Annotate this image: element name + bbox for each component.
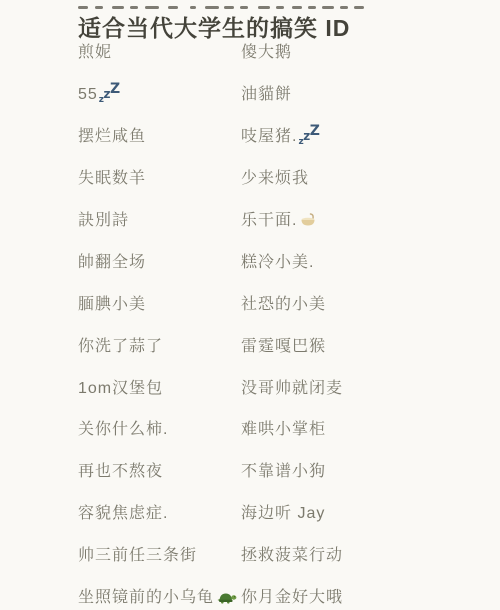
id-text: 失眠数羊 <box>78 170 146 187</box>
list-item: 坐照镜前的小乌龟 你月金好大哦 <box>78 575 500 610</box>
id-left-column-entry: 摆烂咸鱼 <box>78 123 241 146</box>
id-text: 你月金好大哦 <box>241 589 343 606</box>
id-text: 吱屋猪. <box>241 128 297 145</box>
id-right-column-entry: 拯救菠菜行动 <box>241 542 500 565</box>
cropped-text-remnant-dash <box>168 6 178 9</box>
id-right-column-entry: 乐干面. <box>241 207 500 230</box>
id-left-column-entry: 关你什么柿. <box>78 416 241 439</box>
id-right-column-entry: 糕冷小美. <box>241 249 500 272</box>
id-left-column-entry: 55zzZ <box>78 81 241 105</box>
list-item: 你洗了蒜了 雷霆嘎巴猴 <box>78 323 500 365</box>
id-left-column-entry: 你洗了蒜了 <box>78 333 241 356</box>
id-right-column-entry: 海边听 Jay <box>241 500 500 523</box>
id-right-column-entry: 社恐的小美 <box>241 291 500 314</box>
id-text: 糕冷小美. <box>241 254 314 271</box>
id-text: 腼腆小美 <box>78 296 146 313</box>
id-right-column-entry: 难哄小掌柜 <box>241 416 500 439</box>
id-text: 再也不熬夜 <box>78 463 163 480</box>
id-text: 难哄小掌柜 <box>241 421 326 438</box>
id-text: 煎妮 <box>78 44 112 61</box>
id-left-column-entry: 容貌焦虑症. <box>78 500 241 523</box>
id-text: 訣別詩 <box>78 212 129 229</box>
id-right-column-entry: 你月金好大哦 <box>241 584 500 607</box>
sleep-icon: zzZ <box>298 123 319 147</box>
list-item: 帅三前任三条街 拯救菠菜行动 <box>78 533 500 575</box>
cropped-text-remnant-dash <box>224 6 234 9</box>
id-right-column-entry: 油貓餅 <box>241 81 500 104</box>
list-item: 摆烂咸鱼 吱屋猪.zzZ <box>78 114 500 156</box>
cropped-text-remnant-dash <box>308 6 316 9</box>
cropped-text-remnant-dash <box>322 6 334 9</box>
cropped-text-remnant-dash <box>340 6 348 9</box>
id-text: 1om汉堡包 <box>78 380 163 397</box>
list-item: 失眠数羊 少来烦我 <box>78 156 500 198</box>
cropped-text-remnant-dash <box>205 6 219 9</box>
id-text: 帅三前任三条街 <box>78 547 197 564</box>
id-left-column-entry: 訣別詩 <box>78 207 241 230</box>
id-text: 帥翻全场 <box>78 254 146 271</box>
id-text: 傻大鹅 <box>241 44 292 61</box>
id-left-column-entry: 腼腆小美 <box>78 291 241 314</box>
id-text: 海边听 Jay <box>241 505 325 522</box>
list-item: 煎妮 傻大鹅 <box>78 30 500 72</box>
id-left-column-entry: 坐照镜前的小乌龟 <box>78 584 241 607</box>
list-item: 容貌焦虑症. 海边听 Jay <box>78 491 500 533</box>
id-left-column-entry: 帥翻全场 <box>78 249 241 272</box>
list-item: 帥翻全场 糕冷小美. <box>78 239 500 281</box>
cropped-text-remnant-dash <box>95 6 103 9</box>
note-page: 适合当代大学生的搞笑 ID 煎妮 傻大鹅 55zzZ 油貓餅 摆烂咸鱼 吱屋猪.… <box>0 0 500 610</box>
list-item: 关你什么柿. 难哄小掌柜 <box>78 407 500 449</box>
cropped-text-remnant-dash <box>112 6 124 9</box>
id-left-column-entry: 再也不熬夜 <box>78 458 241 481</box>
cropped-text-remnant <box>78 6 364 9</box>
cropped-text-remnant-dash <box>190 6 196 9</box>
id-text: 摆烂咸鱼 <box>78 128 146 145</box>
cropped-text-remnant-dash <box>145 6 159 9</box>
id-list: 煎妮 傻大鹅 55zzZ 油貓餅 摆烂咸鱼 吱屋猪.zzZ 失眠数羊 少来烦我 … <box>78 30 500 610</box>
id-text: 你洗了蒜了 <box>78 338 163 355</box>
bowl-icon <box>300 213 316 227</box>
cropped-text-remnant-dash <box>292 6 302 9</box>
turtle-icon <box>217 591 237 604</box>
cropped-text-remnant-dash <box>130 6 138 9</box>
list-item: 腼腆小美 社恐的小美 <box>78 281 500 323</box>
id-text: 少来烦我 <box>241 170 309 187</box>
id-text: 坐照镜前的小乌龟 <box>78 589 214 606</box>
id-left-column-entry: 煎妮 <box>78 39 241 62</box>
id-right-column-entry: 不靠谱小狗 <box>241 458 500 481</box>
cropped-text-remnant-dash <box>276 6 284 9</box>
id-text: 关你什么柿. <box>78 421 168 438</box>
id-left-column-entry: 帅三前任三条街 <box>78 542 241 565</box>
id-text: 拯救菠菜行动 <box>241 547 343 564</box>
id-text: 社恐的小美 <box>241 296 326 313</box>
cropped-text-remnant-dash <box>240 6 248 9</box>
id-text: 雷霆嘎巴猴 <box>241 338 326 355</box>
list-item: 訣別詩 乐干面. <box>78 198 500 240</box>
id-text: 乐干面. <box>241 212 297 229</box>
id-right-column-entry: 少来烦我 <box>241 165 500 188</box>
id-right-column-entry: 吱屋猪.zzZ <box>241 123 500 147</box>
id-text: 容貌焦虑症. <box>78 505 168 522</box>
id-right-column-entry: 没哥帅就闭麦 <box>241 375 500 398</box>
sleep-icon: zzZ <box>99 81 120 105</box>
id-left-column-entry: 1om汉堡包 <box>78 375 241 398</box>
id-text: 没哥帅就闭麦 <box>241 380 343 397</box>
list-item: 55zzZ 油貓餅 <box>78 72 500 114</box>
id-right-column-entry: 傻大鹅 <box>241 39 500 62</box>
id-text: 55 <box>78 86 98 103</box>
cropped-text-remnant-dash <box>258 6 270 9</box>
id-text: 不靠谱小狗 <box>241 463 326 480</box>
list-item: 再也不熬夜 不靠谱小狗 <box>78 449 500 491</box>
id-right-column-entry: 雷霆嘎巴猴 <box>241 333 500 356</box>
cropped-text-remnant-dash <box>78 6 88 9</box>
list-item: 1om汉堡包 没哥帅就闭麦 <box>78 365 500 407</box>
id-left-column-entry: 失眠数羊 <box>78 165 241 188</box>
id-text: 油貓餅 <box>241 86 292 103</box>
cropped-text-remnant-dash <box>354 6 364 9</box>
